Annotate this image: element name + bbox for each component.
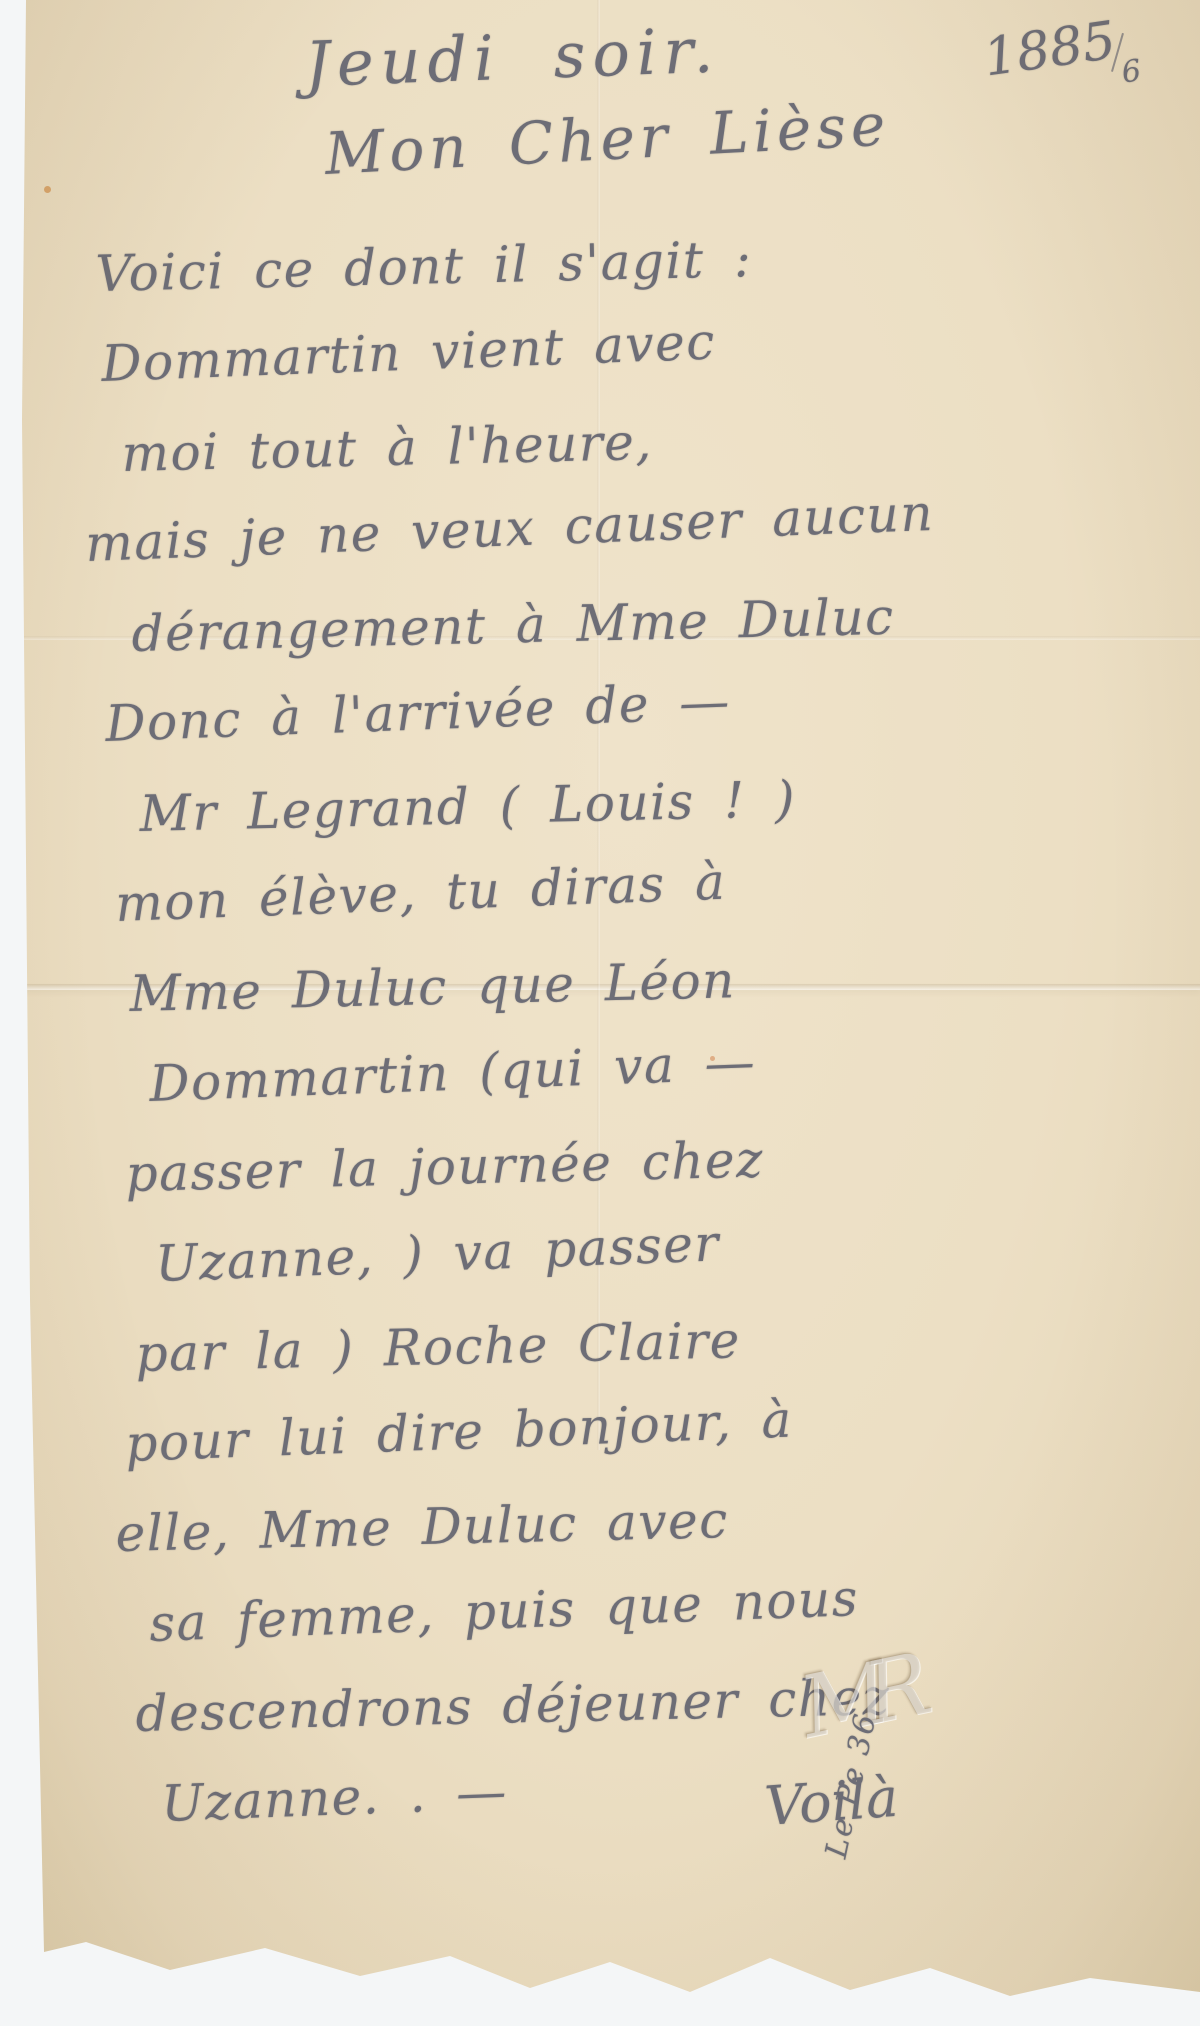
horizontal-fold-crease-middle xyxy=(0,984,1200,990)
letter-line: Dommartin (qui va — xyxy=(148,1017,1200,1145)
archival-year-annotation: 18856 xyxy=(980,8,1143,110)
letter-line: Voici ce dont il s'agit : xyxy=(95,220,1200,335)
letter-line: elle, Mme Duluc avec xyxy=(115,1480,1200,1595)
letter-line: passer la journée chez xyxy=(125,1121,1200,1235)
letter-line: Uzanne. . — xyxy=(160,1737,1200,1865)
letter-page: 18856 Jeudi soir. Mon Cher Lièse Voici c… xyxy=(0,0,1200,2026)
paper-speck xyxy=(710,1056,715,1061)
letter-line: Donc à l'arrivée de — xyxy=(104,655,1200,785)
scan-background: 18856 Jeudi soir. Mon Cher Lièse Voici c… xyxy=(0,0,1200,2026)
horizontal-fold-crease-upper xyxy=(0,636,1200,640)
embossed-monogram-stamp: MR xyxy=(791,1638,918,1758)
vertical-fold-crease xyxy=(597,0,600,1450)
letter-line: Mme Duluc que Léon xyxy=(129,941,1200,1055)
letter-line: sa femme, puis que nous xyxy=(148,1557,1200,1685)
salutation: Mon Cher Lièse xyxy=(323,90,892,188)
letter-line: Mr Legrand ( Louis ! ) xyxy=(139,761,1200,875)
margin-annotation: Le Pe 36 xyxy=(819,1710,884,1862)
letter-body: Voici ce dont il s'agit :Dommartin vient… xyxy=(0,245,1200,1865)
letter-line: Dommartin vient avec xyxy=(100,295,1200,425)
date-line: Jeudi soir. xyxy=(304,14,722,101)
year-fraction-denominator: 6 xyxy=(1120,53,1144,90)
letter-line: moi tout à l'heure, xyxy=(121,401,1200,515)
year-value: 1885 xyxy=(980,11,1119,89)
letter-line: mon élève, tu diras à xyxy=(114,835,1200,965)
letter-line: mais je ne veux causer aucun xyxy=(84,474,1200,605)
year-fraction-slash xyxy=(1111,33,1124,72)
letter-line: dérangement à Mme Duluc xyxy=(131,581,1200,695)
closing-word: Voilà xyxy=(763,1766,900,1838)
paper-speck xyxy=(44,186,51,193)
letter-line: descendrons déjeuner chez xyxy=(135,1661,1200,1775)
letter-line: par la ) Roche Claire xyxy=(135,1301,1200,1415)
letter-line: Uzanne, ) va passer xyxy=(154,1197,1200,1325)
letter-line: pour lui dire bonjour, à xyxy=(124,1376,1200,1505)
